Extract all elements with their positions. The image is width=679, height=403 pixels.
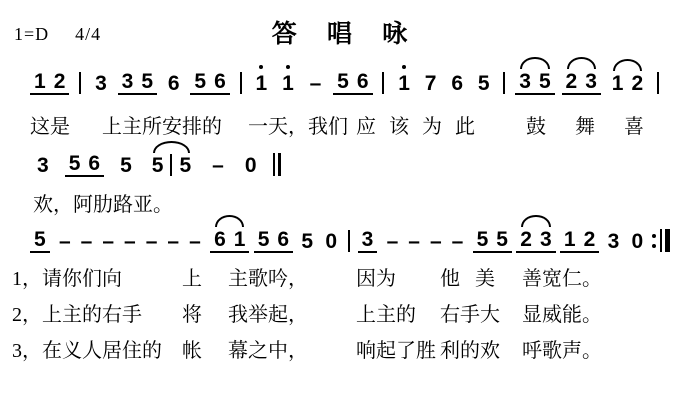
note: 5 — [30, 228, 50, 251]
note: 6 — [210, 228, 230, 251]
note: 3 — [118, 70, 138, 93]
barline — [665, 229, 671, 252]
note: 1 — [608, 72, 628, 95]
note: 2 — [50, 70, 70, 93]
barline — [503, 72, 505, 94]
note: 6 — [273, 228, 293, 251]
note-group: 23 — [516, 228, 555, 253]
note: 5 — [175, 154, 195, 177]
note: 3 — [581, 70, 601, 93]
note: 1 — [278, 72, 298, 95]
lyric-segment: 2，上主的右手 — [12, 298, 182, 327]
note-group: 56 — [254, 228, 293, 253]
note-group: 5 — [116, 154, 136, 177]
note: 5 — [474, 72, 494, 95]
note-group: 56 — [333, 70, 372, 95]
note-group: 0 — [628, 230, 648, 253]
note: 0 — [628, 230, 648, 253]
lyric-segment: 我举起， — [228, 298, 356, 327]
lyric-segment: 将 — [182, 298, 228, 327]
sustain-dash: – — [119, 230, 141, 253]
note-group: 55 — [473, 228, 512, 253]
lyric-segment: 这是 — [30, 110, 102, 139]
note-group: 12 — [30, 70, 69, 95]
note-group: 35 — [118, 70, 157, 95]
note-group: 6 — [164, 72, 184, 95]
note-group: 3 — [33, 154, 53, 177]
lyric-segment: 因为 — [356, 262, 440, 291]
barline — [660, 229, 662, 252]
verse-2-lyrics: 2，上主的右手将我举起，上主的右手大显威能。 — [12, 298, 602, 327]
lyric-segment: 善宽仁。 — [522, 262, 602, 291]
lyric-segment: 一天，我们 — [248, 110, 356, 139]
barline — [278, 153, 282, 176]
sheet-music-page: 1=D 4/4 答 唱 咏 1233565611–561765352312 这是… — [0, 0, 679, 403]
note-group: 5 — [297, 230, 317, 253]
note: 0 — [321, 230, 341, 253]
note-group: 35 — [515, 70, 554, 95]
note: 2 — [562, 70, 582, 93]
note: 5 — [190, 70, 210, 93]
refrain-lyrics-line-1: 这是上主所安排的一天，我们应 该 为 此鼓 舞 喜 — [30, 110, 644, 139]
note-group: 0 — [321, 230, 341, 253]
note-group: 1 — [252, 72, 272, 95]
note-group: 56 — [65, 152, 104, 177]
note-group: 56 — [190, 70, 229, 95]
note: 3 — [604, 230, 624, 253]
repeat-end-barline — [652, 229, 671, 252]
barline — [657, 72, 659, 94]
lyric-segment: 利的欢 — [440, 334, 522, 363]
note-group: 61 — [210, 228, 249, 253]
note-group: 3 — [91, 72, 111, 95]
note-group: 7 — [421, 72, 441, 95]
note: 2 — [580, 228, 600, 251]
refrain-lyrics-line-2: 欢，阿肋路亚。 — [33, 188, 173, 217]
sustain-dash: – — [97, 230, 119, 253]
note: 1 — [252, 72, 272, 95]
sustain-dash: – — [76, 230, 98, 253]
note: 6 — [447, 72, 467, 95]
sustain-dashes: – — [207, 154, 229, 177]
note-group: 55 — [148, 154, 195, 177]
lyric-segment: 鼓 舞 喜 — [526, 110, 644, 139]
lyric-segment: 右手大 — [440, 298, 522, 327]
note-group: 3 — [358, 228, 378, 253]
note: 5 — [473, 228, 493, 251]
sustain-dash: – — [382, 230, 404, 253]
lyric-segment: 应 该 为 此 — [356, 110, 526, 139]
sustain-dashes: ––––––– — [54, 230, 206, 253]
sustain-dashes: –––– — [382, 230, 469, 253]
note-group: 12 — [608, 72, 647, 95]
note: 2 — [627, 72, 647, 95]
note-group: 5 — [30, 228, 50, 253]
lyric-segment: 响起了胜 — [356, 334, 440, 363]
note-group: 1 — [394, 72, 414, 95]
note: 6 — [210, 70, 230, 93]
note: 1 — [394, 72, 414, 95]
barline — [273, 153, 275, 176]
lyric-segment: 显威能。 — [522, 298, 602, 327]
note: 3 — [536, 228, 556, 251]
sustain-dash: – — [162, 230, 184, 253]
sustain-dash: – — [184, 230, 206, 253]
note: 3 — [91, 72, 111, 95]
note: 0 — [241, 154, 261, 177]
lyric-segment: 上 — [182, 262, 228, 291]
note: 3 — [358, 228, 378, 251]
note: 6 — [353, 70, 373, 93]
note-group: 12 — [560, 228, 599, 253]
barline — [79, 72, 81, 94]
sustain-dash: – — [425, 230, 447, 253]
notation-line-3: 5–––––––6156503––––55231230 — [30, 228, 670, 253]
note: 3 — [515, 70, 535, 93]
note: 5 — [148, 154, 168, 177]
note-group: 3 — [604, 230, 624, 253]
barline — [240, 72, 242, 94]
lyric-segment: 1，请你们向 — [12, 262, 182, 291]
note: 1 — [560, 228, 580, 251]
note: 5 — [333, 70, 353, 93]
note: 5 — [535, 70, 555, 93]
note: 5 — [492, 228, 512, 251]
notation-line-1: 1233565611–561765352312 — [30, 70, 662, 95]
final-barline — [273, 153, 282, 176]
lyric-segment: 呼歌声。 — [522, 334, 602, 363]
note: 5 — [297, 230, 317, 253]
verse-3-lyrics: 3，在义人居住的帐幕之中，响起了胜利的欢呼歌声。 — [12, 334, 602, 363]
barline — [348, 230, 350, 252]
sustain-dash: – — [305, 72, 327, 95]
sustain-dash: – — [447, 230, 469, 253]
note: 1 — [230, 228, 250, 251]
note: 5 — [137, 70, 157, 93]
barline — [382, 72, 384, 94]
notation-line-2: 356555–0 — [33, 152, 281, 177]
verse-1-lyrics: 1，请你们向上主歌吟，因为他 美善宽仁。 — [12, 262, 602, 291]
lyric-segment: 他 美 — [440, 262, 522, 291]
note-group: 23 — [562, 70, 601, 95]
lyric-segment: 3，在义人居住的 — [12, 334, 182, 363]
note: 7 — [421, 72, 441, 95]
sustain-dashes: – — [305, 72, 327, 95]
lyric-segment: 上主的 — [356, 298, 440, 327]
lyric-segment: 帐 — [182, 334, 228, 363]
note: 5 — [254, 228, 274, 251]
sustain-dash: – — [141, 230, 163, 253]
note-group: 5 — [474, 72, 494, 95]
note: 6 — [164, 72, 184, 95]
note: 1 — [30, 70, 50, 93]
note: 5 — [65, 152, 85, 175]
note-group: 1 — [278, 72, 298, 95]
sustain-dash: – — [207, 154, 229, 177]
lyric-segment: 幕之中， — [228, 334, 356, 363]
note-group: 0 — [241, 154, 261, 177]
note: 6 — [84, 152, 104, 175]
note: 5 — [116, 154, 136, 177]
note: 2 — [516, 228, 536, 251]
sustain-dash: – — [403, 230, 425, 253]
note-group: 6 — [447, 72, 467, 95]
barline — [170, 154, 172, 176]
sustain-dash: – — [54, 230, 76, 253]
note: 3 — [33, 154, 53, 177]
lyric-segment: 上主所安排的 — [102, 110, 248, 139]
repeat-dots — [652, 234, 656, 248]
page-title: 答 唱 咏 — [0, 14, 679, 50]
lyric-segment: 主歌吟， — [228, 262, 356, 291]
